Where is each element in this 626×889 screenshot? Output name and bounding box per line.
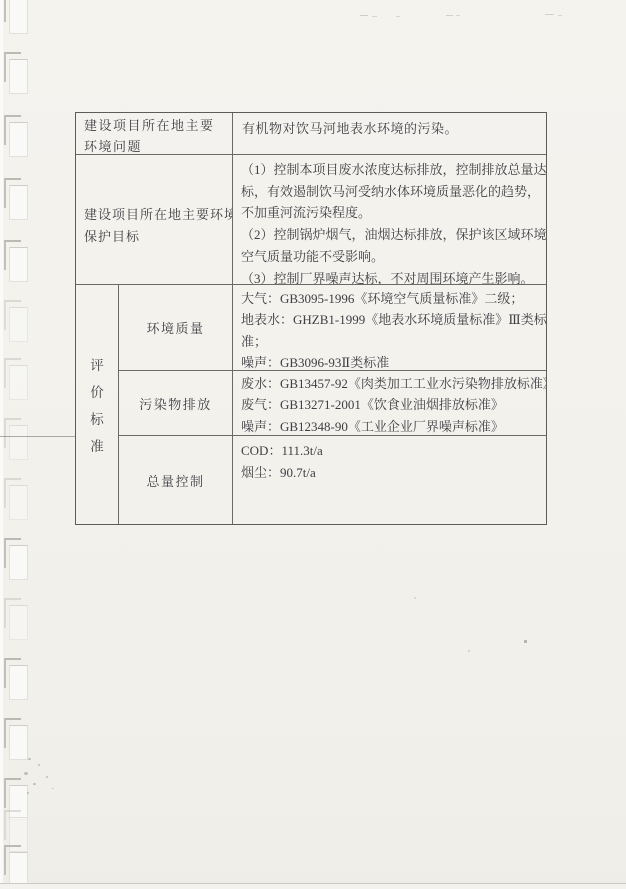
ink-smudge: [28, 758, 31, 760]
binding-hole-mark: [4, 538, 36, 584]
cell-pollutant-discharge-content: 废水：GB13457-92《肉类加工工业水污染物排放标准》 废气：GB13271…: [232, 370, 546, 435]
page-bottom-edge: [0, 883, 626, 889]
content-line: 烟尘：90.7t/a: [241, 462, 544, 484]
eval-standards-vertical-label: 评 价 标 准: [76, 284, 118, 524]
binding-hole-mark: [4, 178, 36, 224]
cell-protection-targets-content: （1）控制本项目废水浓度达标排放，控制排放总量达 标，有效遏制饮马河受纳水体环境…: [232, 154, 546, 284]
scan-speck: [446, 15, 453, 16]
binding-hole-mark: [4, 358, 36, 404]
label-line: 建设项目所在地主要环境: [84, 204, 228, 226]
scan-speck: [456, 15, 460, 16]
binding-hole-mark: [4, 418, 36, 464]
label-line: 保护目标: [84, 226, 228, 248]
label-line: 环境问题: [84, 136, 226, 154]
content-line: 空气质量功能不受影响。: [241, 246, 544, 268]
content-line: 地表水：GHZB1-1999《地表水环境质量标准》Ⅲ类标: [241, 309, 544, 330]
cell-env-quality-content: 大气：GB3095-1996《环境空气质量标准》二级； 地表水：GHZB1-19…: [232, 284, 546, 370]
binding-hole-mark: [4, 598, 36, 644]
ink-smudge: [46, 776, 48, 778]
eval-char: 标: [90, 408, 104, 428]
content-line: 噪声：GB12348-90《工业企业厂界噪声标准》: [241, 416, 544, 435]
content-line: 废气：GB13271-2001《饮食业油烟排放标准》: [241, 394, 544, 415]
row-label-protection-targets: 建设项目所在地主要环境 保护目标: [76, 154, 232, 284]
content-line: 标，有效遏制饮马河受纳水体环境质量恶化的趋势，: [241, 181, 544, 203]
ink-smudge: [24, 772, 28, 775]
binding-hole-mark: [4, 478, 36, 524]
scan-speck: [396, 16, 400, 17]
content-line: （2）控制锅炉烟气，油烟达标排放，保护该区域环境: [241, 224, 544, 246]
subrow-label-env-quality: 环境质量: [118, 284, 232, 370]
binding-hole-mark: [4, 115, 36, 161]
ink-smudge: [38, 764, 40, 766]
scan-speck: [414, 597, 416, 599]
content-line: 噪声：GB3096-93Ⅱ类标准: [241, 352, 544, 370]
content-line: 准；: [241, 331, 544, 352]
content-line: 废水：GB13457-92《肉类加工工业水污染物排放标准》: [241, 373, 544, 394]
scanner-edge-strip: [0, 0, 3, 889]
subrow-label-text: 总量控制: [146, 471, 204, 490]
binding-hole-mark: [4, 240, 36, 286]
binding-hole-mark: [4, 300, 36, 346]
label-line: 建设项目所在地主要: [84, 115, 226, 136]
scan-speck: [545, 14, 554, 15]
subrow-label-pollutant-discharge: 污染物排放: [118, 370, 232, 435]
subrow-label-text: 环境质量: [146, 318, 204, 337]
content-line: 不加重河流污染程度。: [241, 202, 544, 224]
content-line: 有机物对饮马河地表水环境的污染。: [242, 118, 542, 139]
cell-env-problems-content: 有机物对饮马河地表水环境的污染。: [232, 113, 546, 154]
pencil-margin-line: [0, 436, 76, 437]
ink-smudge: [33, 783, 36, 785]
ink-smudge: [52, 788, 54, 789]
cell-total-control-content: COD：111.3t/a 烟尘：90.7t/a: [232, 435, 546, 524]
row-label-env-problems: 建设项目所在地主要 环境问题: [76, 113, 232, 154]
scan-speck: [360, 15, 368, 16]
scan-page: 建设项目所在地主要 环境问题 有机物对饮马河地表水环境的污染。 建设项目所在地主…: [0, 0, 626, 889]
doc-table: 建设项目所在地主要 环境问题 有机物对饮马河地表水环境的污染。 建设项目所在地主…: [75, 112, 547, 525]
content-line: COD：111.3t/a: [241, 440, 544, 462]
eval-char: 价: [90, 381, 104, 401]
scan-speck: [524, 640, 527, 643]
eval-char: 评: [90, 354, 104, 374]
ink-smudge: [27, 792, 29, 794]
scan-speck: [372, 16, 377, 17]
binding-hole-mark: [4, 0, 36, 38]
eval-char: 准: [90, 435, 104, 455]
binding-hole-mark: [4, 718, 36, 764]
content-line: （3）控制厂界噪声达标，不对周围环境产生影响。: [241, 268, 544, 284]
binding-hole-mark: [4, 658, 36, 704]
content-line: 大气：GB3095-1996《环境空气质量标准》二级；: [241, 288, 544, 309]
scan-speck: [558, 15, 562, 16]
scan-speck: [468, 650, 470, 652]
content-line: （1）控制本项目废水浓度达标排放，控制排放总量达: [241, 159, 544, 181]
subrow-label-total-control: 总量控制: [118, 435, 232, 524]
subrow-label-text: 污染物排放: [139, 394, 212, 413]
binding-hole-mark: [4, 52, 36, 98]
